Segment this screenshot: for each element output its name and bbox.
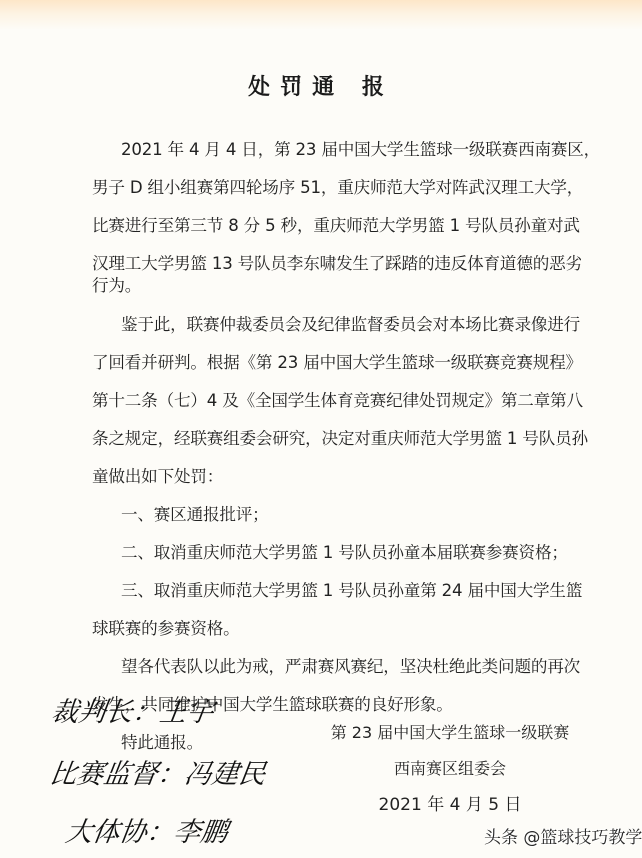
document-title: 处罚通 报 bbox=[0, 70, 642, 101]
body-line: 鉴于此，联赛仲裁委员会及纪律监督委员会对本场比赛录像进行 bbox=[121, 311, 580, 335]
body-line: 条之规定，经联赛组委会研究，决定对重庆师范大学男篮 1 号队员孙 bbox=[92, 425, 588, 449]
closing-line: 特此通报。 bbox=[121, 729, 203, 753]
body-line: 汉理工大学男篮 13 号队员李东啸发生了踩踏的违反体育道德的恶劣 bbox=[92, 250, 582, 274]
body-line: 行为。 bbox=[92, 272, 141, 296]
body-line: 望各代表队以此为戒，严肃赛风赛纪，坚决杜绝此类问题的再次 bbox=[121, 653, 580, 677]
body-line: 2021 年 4 月 4 日，第 23 届中国大学生篮球一级联赛西南赛区， bbox=[121, 136, 600, 160]
signature-supervisor: 比赛监督：冯建民 bbox=[47, 752, 268, 791]
body-line: 男子 D 组小组赛第四轮场序 51，重庆师范大学对阵武汉理工大学， bbox=[92, 174, 583, 198]
body-line: 比赛进行至第三节 8 分 5 秒，重庆师范大学男篮 1 号队员孙童对武 bbox=[92, 212, 580, 236]
top-glare bbox=[0, 0, 642, 30]
penalty-item-3: 三、取消重庆师范大学男篮 1 号队员孙童第 24 届中国大学生篮 bbox=[121, 577, 582, 601]
issuer-committee: 西南赛区组委会 bbox=[270, 756, 630, 779]
signature-referee: 裁判长：王宇 bbox=[49, 690, 216, 729]
issue-date: 2021 年 4 月 5 日 bbox=[270, 790, 630, 815]
body-line: 童做出如下处罚： bbox=[92, 463, 223, 487]
body-line: 了回看并研判。根据《第 23 届中国大学生篮球一级联赛竞赛规程》 bbox=[92, 349, 582, 373]
body-line: 第十二条（七）4 及《全国学生体育竞赛纪律处罚规定》第二章第八 bbox=[92, 387, 583, 411]
penalty-item-1: 一、赛区通报批评； bbox=[121, 501, 269, 525]
watermark: 头条 @篮球技巧教学 bbox=[484, 823, 642, 848]
signature-association: 大体协：李鹏 bbox=[63, 810, 230, 849]
penalty-item-2: 二、取消重庆师范大学男篮 1 号队员孙童本届联赛参赛资格； bbox=[121, 539, 568, 563]
body-line: 球联赛的参赛资格。 bbox=[92, 615, 240, 639]
issuer-name: 第 23 届中国大学生篮球一级联赛 bbox=[270, 720, 630, 743]
